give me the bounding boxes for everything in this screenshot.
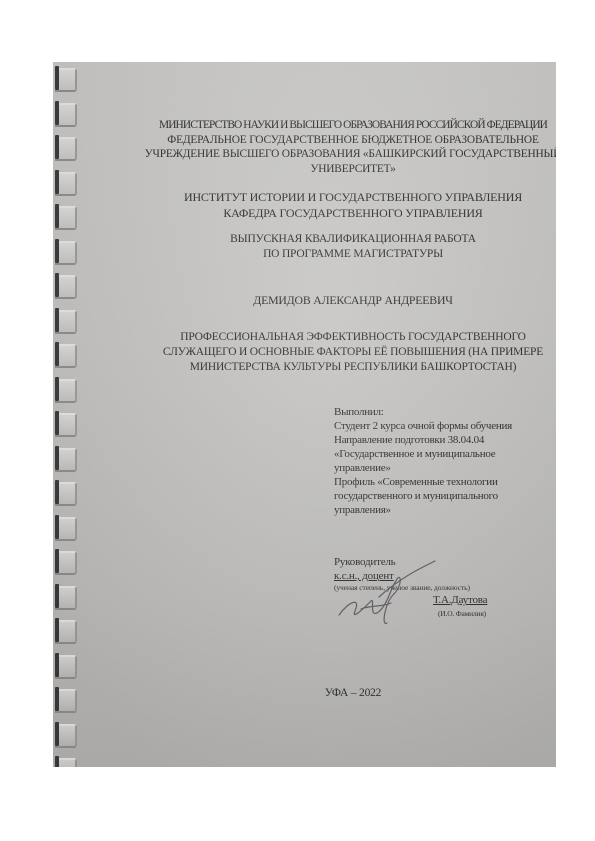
binding-loop <box>53 170 77 194</box>
spiral-binding <box>53 62 77 767</box>
header-line: МИНИСТЕРСТВО НАУКИ И ВЫСШЕГО ОБРАЗОВАНИЯ… <box>113 118 556 133</box>
binding-loop <box>53 653 77 677</box>
author-name: ДЕМИДОВ АЛЕКСАНДР АНДРЕЕВИЧ <box>113 293 556 307</box>
binding-loop <box>53 239 77 263</box>
binding-loop <box>53 584 77 608</box>
performed-by-line: управления» <box>334 503 556 517</box>
supervisor-name: Т.А.Даутова <box>433 593 487 607</box>
binding-loop <box>53 480 77 504</box>
binding-loop <box>53 204 77 228</box>
header-line: УЧРЕЖДЕНИЕ ВЫСШЕГО ОБРАЗОВАНИЯ «БАШКИРСК… <box>113 147 556 162</box>
signature-icon <box>331 557 441 632</box>
institute-block: ИНСТИТУТ ИСТОРИИ И ГОСУДАРСТВЕННОГО УПРА… <box>113 190 556 221</box>
supervisor-name-caption: (И.О. Фамилия) <box>438 607 486 621</box>
performed-by-line: «Государственное и муниципальное <box>334 447 556 461</box>
binding-loop <box>53 135 77 159</box>
performed-by-line: управление» <box>334 461 556 475</box>
ministry-header: МИНИСТЕРСТВО НАУКИ И ВЫСШЕГО ОБРАЗОВАНИЯ… <box>113 118 556 176</box>
binding-loop <box>53 342 77 366</box>
performed-by-line: Профиль «Современные технологии <box>334 475 556 489</box>
work-type: ВЫПУСКНАЯ КВАЛИФИКАЦИОННАЯ РАБОТА ПО ПРО… <box>113 232 556 261</box>
title-line: ПРОФЕССИОНАЛЬНАЯ ЭФФЕКТИВНОСТЬ ГОСУДАРСТ… <box>108 330 556 345</box>
work-type-line: ВЫПУСКНАЯ КВАЛИФИКАЦИОННАЯ РАБОТА <box>113 232 556 247</box>
performed-by-block: Выполнил: Студент 2 курса очной формы об… <box>334 405 556 517</box>
binding-loop <box>53 66 77 90</box>
institute-name: ИНСТИТУТ ИСТОРИИ И ГОСУДАРСТВЕННОГО УПРА… <box>113 190 556 206</box>
title-line: МИНИСТЕРСТВА КУЛЬТУРЫ РЕСПУБЛИКИ БАШКОРТ… <box>108 360 556 375</box>
performed-by-line: государственного и муниципального <box>334 489 556 503</box>
binding-loop <box>53 377 77 401</box>
binding-loop <box>53 515 77 539</box>
header-line: ФЕДЕРАЛЬНОЕ ГОСУДАРСТВЕННОЕ БЮДЖЕТНОЕ ОБ… <box>113 133 556 148</box>
binding-loop <box>53 101 77 125</box>
title-line: СЛУЖАЩЕГО И ОСНОВНЫЕ ФАКТОРЫ ЕЁ ПОВЫШЕНИ… <box>108 345 556 360</box>
binding-loop <box>53 411 77 435</box>
binding-loop <box>53 687 77 711</box>
header-line: УНИВЕРСИТЕТ» <box>113 162 556 177</box>
performed-by-line: Направление подготовки 38.04.04 <box>334 433 556 447</box>
binding-loop <box>53 273 77 297</box>
binding-loop <box>53 756 77 767</box>
work-type-line: ПО ПРОГРАММЕ МАГИСТРАТУРЫ <box>113 247 556 262</box>
document-photo: МИНИСТЕРСТВО НАУКИ И ВЫСШЕГО ОБРАЗОВАНИЯ… <box>53 62 556 767</box>
binding-loop <box>53 446 77 470</box>
binding-loop <box>53 722 77 746</box>
city-year: УФА – 2022 <box>113 686 556 700</box>
binding-loop <box>53 618 77 642</box>
binding-loop <box>53 549 77 573</box>
thesis-title: ПРОФЕССИОНАЛЬНАЯ ЭФФЕКТИВНОСТЬ ГОСУДАРСТ… <box>108 330 556 375</box>
department-name: КАФЕДРА ГОСУДАРСТВЕННОГО УПРАВЛЕНИЯ <box>113 206 556 222</box>
performed-by-label: Выполнил: <box>334 405 556 419</box>
binding-loop <box>53 308 77 332</box>
performed-by-line: Студент 2 курса очной формы обучения <box>334 419 556 433</box>
